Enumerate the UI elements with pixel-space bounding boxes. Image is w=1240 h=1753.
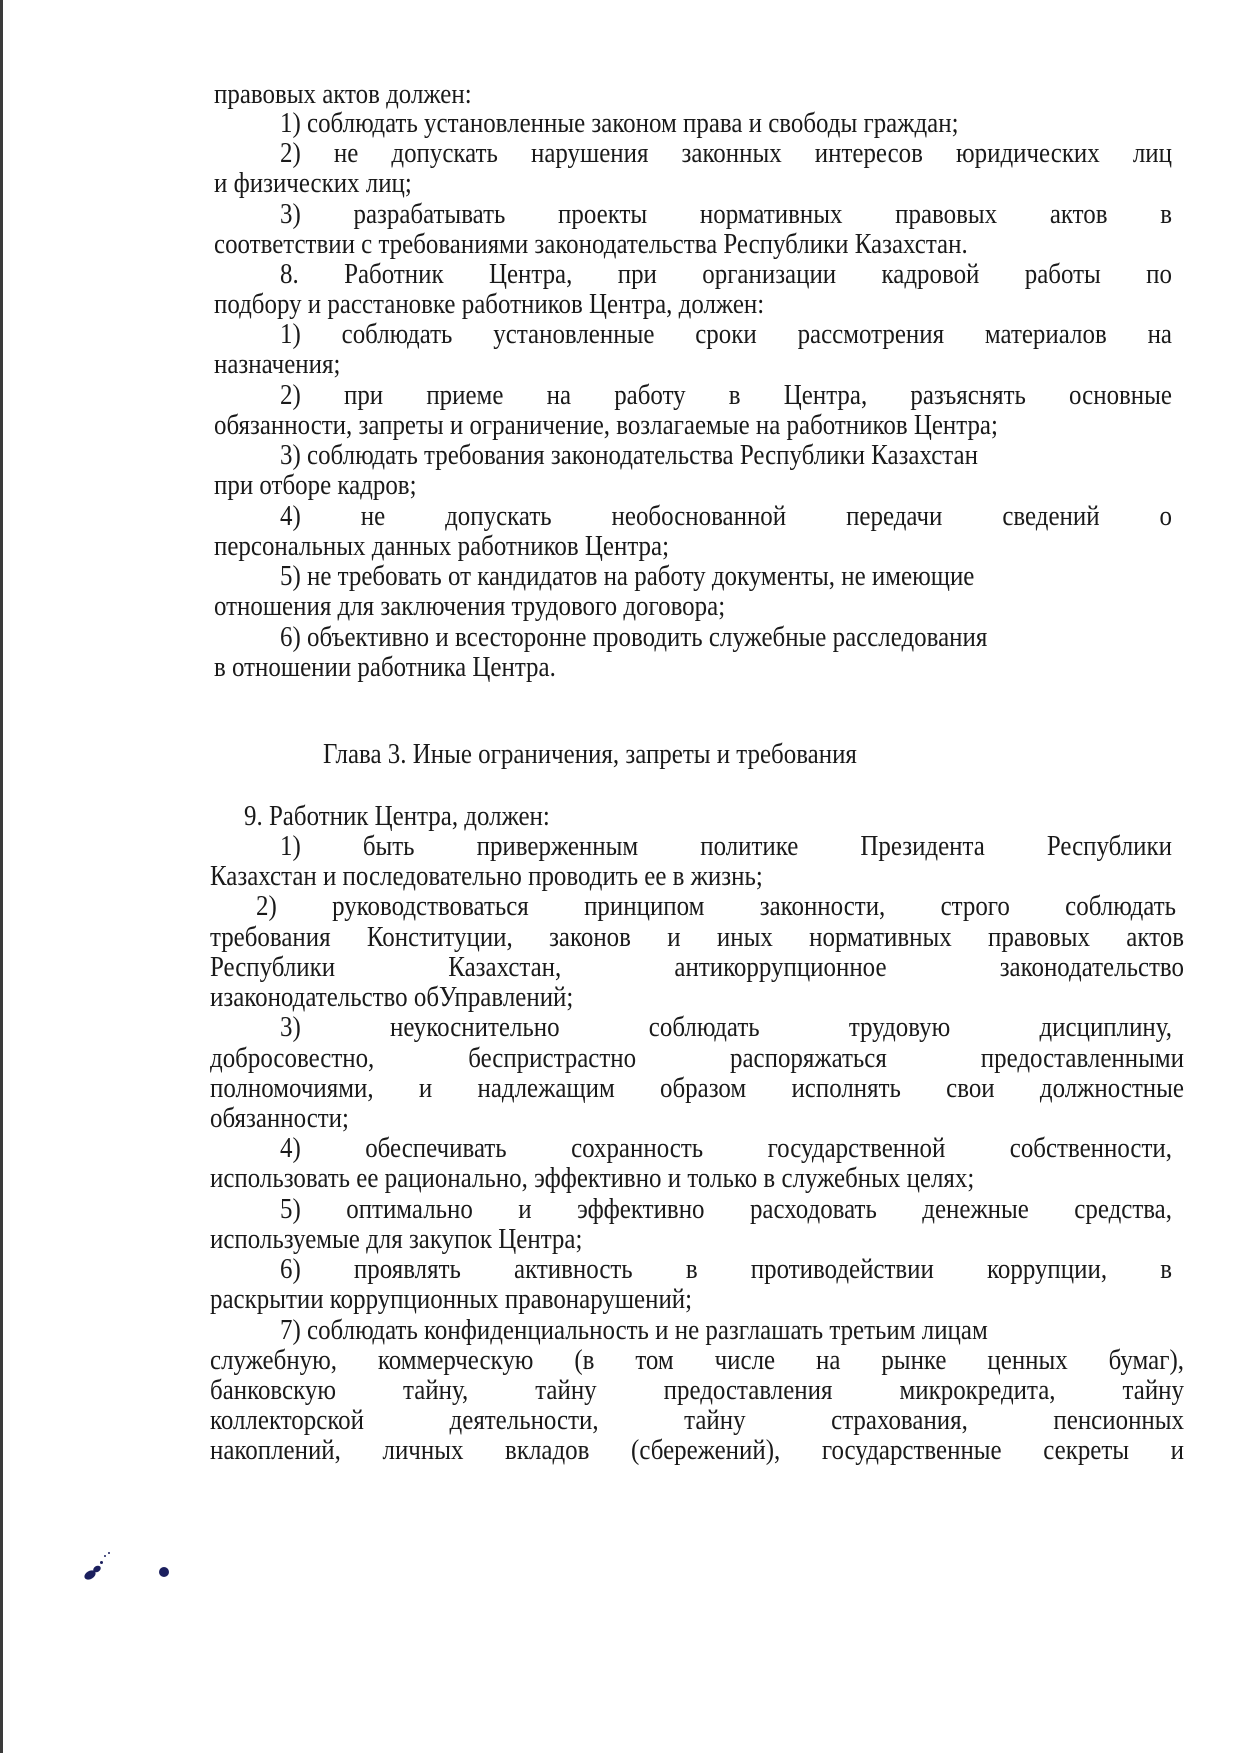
text-line: назначения; <box>214 348 340 380</box>
text-line: коллекторской деятельности, тайну страхо… <box>210 1404 1184 1436</box>
clause-9: 9. Работник Центра, должен: <box>244 800 550 832</box>
text-line: отношения для заключения трудового догов… <box>214 590 725 622</box>
text-line: используемые для закупок Центра; <box>210 1223 582 1255</box>
list-item-4: 4) не допускать необоснованной передачи … <box>280 500 1172 532</box>
text-line: и физических лиц; <box>214 167 412 199</box>
text-line: требования Конституции, законов и иных н… <box>210 921 1184 953</box>
text-line: использовать ее рационально, эффективно … <box>210 1162 974 1194</box>
text-line: раскрытии коррупционных правонарушений; <box>210 1283 692 1315</box>
text-line: в отношении работника Центра. <box>214 651 556 683</box>
list-item-5: 5) не требовать от кандидатов на работу … <box>280 560 974 592</box>
list-item-6: 6) объективно и всесторонне проводить сл… <box>280 621 987 653</box>
list-item-3: 3) неукоснительно соблюдать трудовую дис… <box>280 1011 1172 1043</box>
list-item-6: 6) проявлять активность в противодействи… <box>280 1253 1172 1285</box>
list-item-2: 2) руководствоваться принципом законност… <box>256 890 1176 922</box>
text-line: полномочиями, и надлежащим образом испол… <box>210 1072 1184 1104</box>
list-item-7: 7) соблюдать конфиденциальность и не раз… <box>280 1314 988 1346</box>
scan-page-edge <box>0 0 3 1753</box>
list-item-2: 2) при приеме на работу в Центра, разъяс… <box>280 379 1172 411</box>
text-line: добросовестно, беспристрастно распоряжат… <box>210 1042 1184 1074</box>
text-line: Казахстан и последовательно проводить ее… <box>210 860 763 892</box>
text-line: банковскую тайну, тайну предоставления м… <box>210 1374 1184 1406</box>
list-item-1: 1) быть приверженным политике Президента… <box>280 830 1172 862</box>
text-line: соответствии с требованиями законодатель… <box>214 228 968 260</box>
list-item-5: 5) оптимально и эффективно расходовать д… <box>280 1193 1172 1225</box>
text-line: служебную, коммерческую (в том числе на … <box>210 1344 1184 1376</box>
chapter-heading: Глава 3. Иные ограничения, запреты и тре… <box>323 738 857 770</box>
list-item-3: 3) соблюдать требования законодательства… <box>280 439 978 471</box>
text-line: персональных данных работников Центра; <box>214 530 669 562</box>
list-item-1: 1) соблюдать установленные сроки рассмот… <box>280 318 1172 350</box>
text-line: обязанности; <box>210 1102 349 1134</box>
list-item-1: 1) соблюдать установленные законом права… <box>280 107 959 139</box>
list-item-4: 4) обеспечивать сохранность государствен… <box>280 1132 1172 1164</box>
text-line: подбору и расстановке работников Центра,… <box>214 288 764 320</box>
clause-8: 8. Работник Центра, при организации кадр… <box>280 258 1172 290</box>
text-line: изаконодательство обУправлений; <box>210 981 573 1013</box>
list-item-2: 2) не допускать нарушения законных интер… <box>280 137 1172 169</box>
list-item-3: 3) разрабатывать проекты нормативных пра… <box>280 198 1172 230</box>
text-line: правовых актов должен: <box>214 78 472 110</box>
ink-mark-dot <box>159 1567 169 1577</box>
text-line: обязанности, запреты и ограничение, возл… <box>214 409 998 441</box>
text-line: Республики Казахстан, антикоррупционное … <box>210 951 1184 983</box>
text-line: при отборе кадров; <box>214 469 417 501</box>
text-line: накоплений, личных вкладов (сбережений),… <box>210 1434 1184 1466</box>
